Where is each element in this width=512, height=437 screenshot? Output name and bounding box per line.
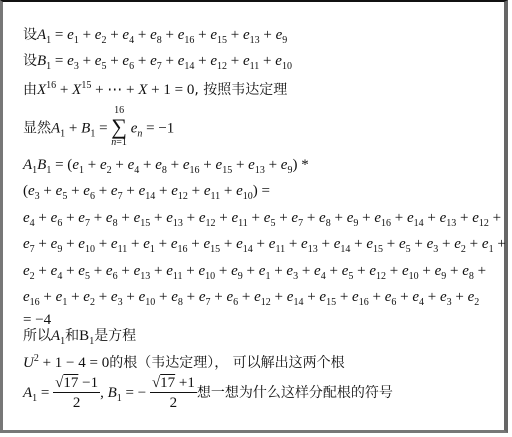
fraction-a1: √17 −12 <box>53 376 100 411</box>
line-expansion-2: e7 + e9 + e10 + e11 + e1 + e16 + e15 + e… <box>23 237 506 255</box>
line-conclusion: 所以A1和B1是方程 <box>23 329 136 347</box>
line-def-b1: 设B1 = e3 + e5 + e6 + e7 + e14 + e12 + e1… <box>23 54 292 72</box>
line-def-a1: 设A1 = e1 + e2 + e4 + e8 + e16 + e15 + e1… <box>23 28 287 46</box>
line-product-1: A1B1 = (e1 + e2 + e4 + e8 + e16 + e15 + … <box>23 158 309 176</box>
line-sum: 显然A1 + B1 = 16∑n=1 en = −1 <box>23 108 174 150</box>
fraction-b1: √17 +12 <box>150 376 197 411</box>
line-roots: A1 = √17 −12, B1 = − √17 +12想一想为什么这样分配根的… <box>23 376 393 411</box>
line-result: = −4 <box>23 313 51 328</box>
line-expansion-4: e16 + e1 + e2 + e3 + e10 + e8 + e7 + e6 … <box>23 290 479 308</box>
line-product-2: (e3 + e5 + e6 + e7 + e14 + e12 + e11 + e… <box>23 184 270 202</box>
document-frame: 设A1 = e1 + e2 + e4 + e8 + e16 + e15 + e1… <box>0 0 508 433</box>
line-equation: U2 + 1 − 4 = 0的根（韦达定理）， 可以解出这两个根 <box>23 354 345 371</box>
line-expansion-3: e2 + e4 + e5 + e6 + e13 + e11 + e10 + e9… <box>23 264 486 282</box>
summation-symbol: 16∑n=1 <box>111 106 127 148</box>
line-expansion-1: e4 + e6 + e7 + e8 + e15 + e13 + e12 + e1… <box>23 211 501 229</box>
line-polynomial: 由X16 + X15 + ⋯ + X + 1 = 0, 按照韦达定理 <box>23 81 287 98</box>
